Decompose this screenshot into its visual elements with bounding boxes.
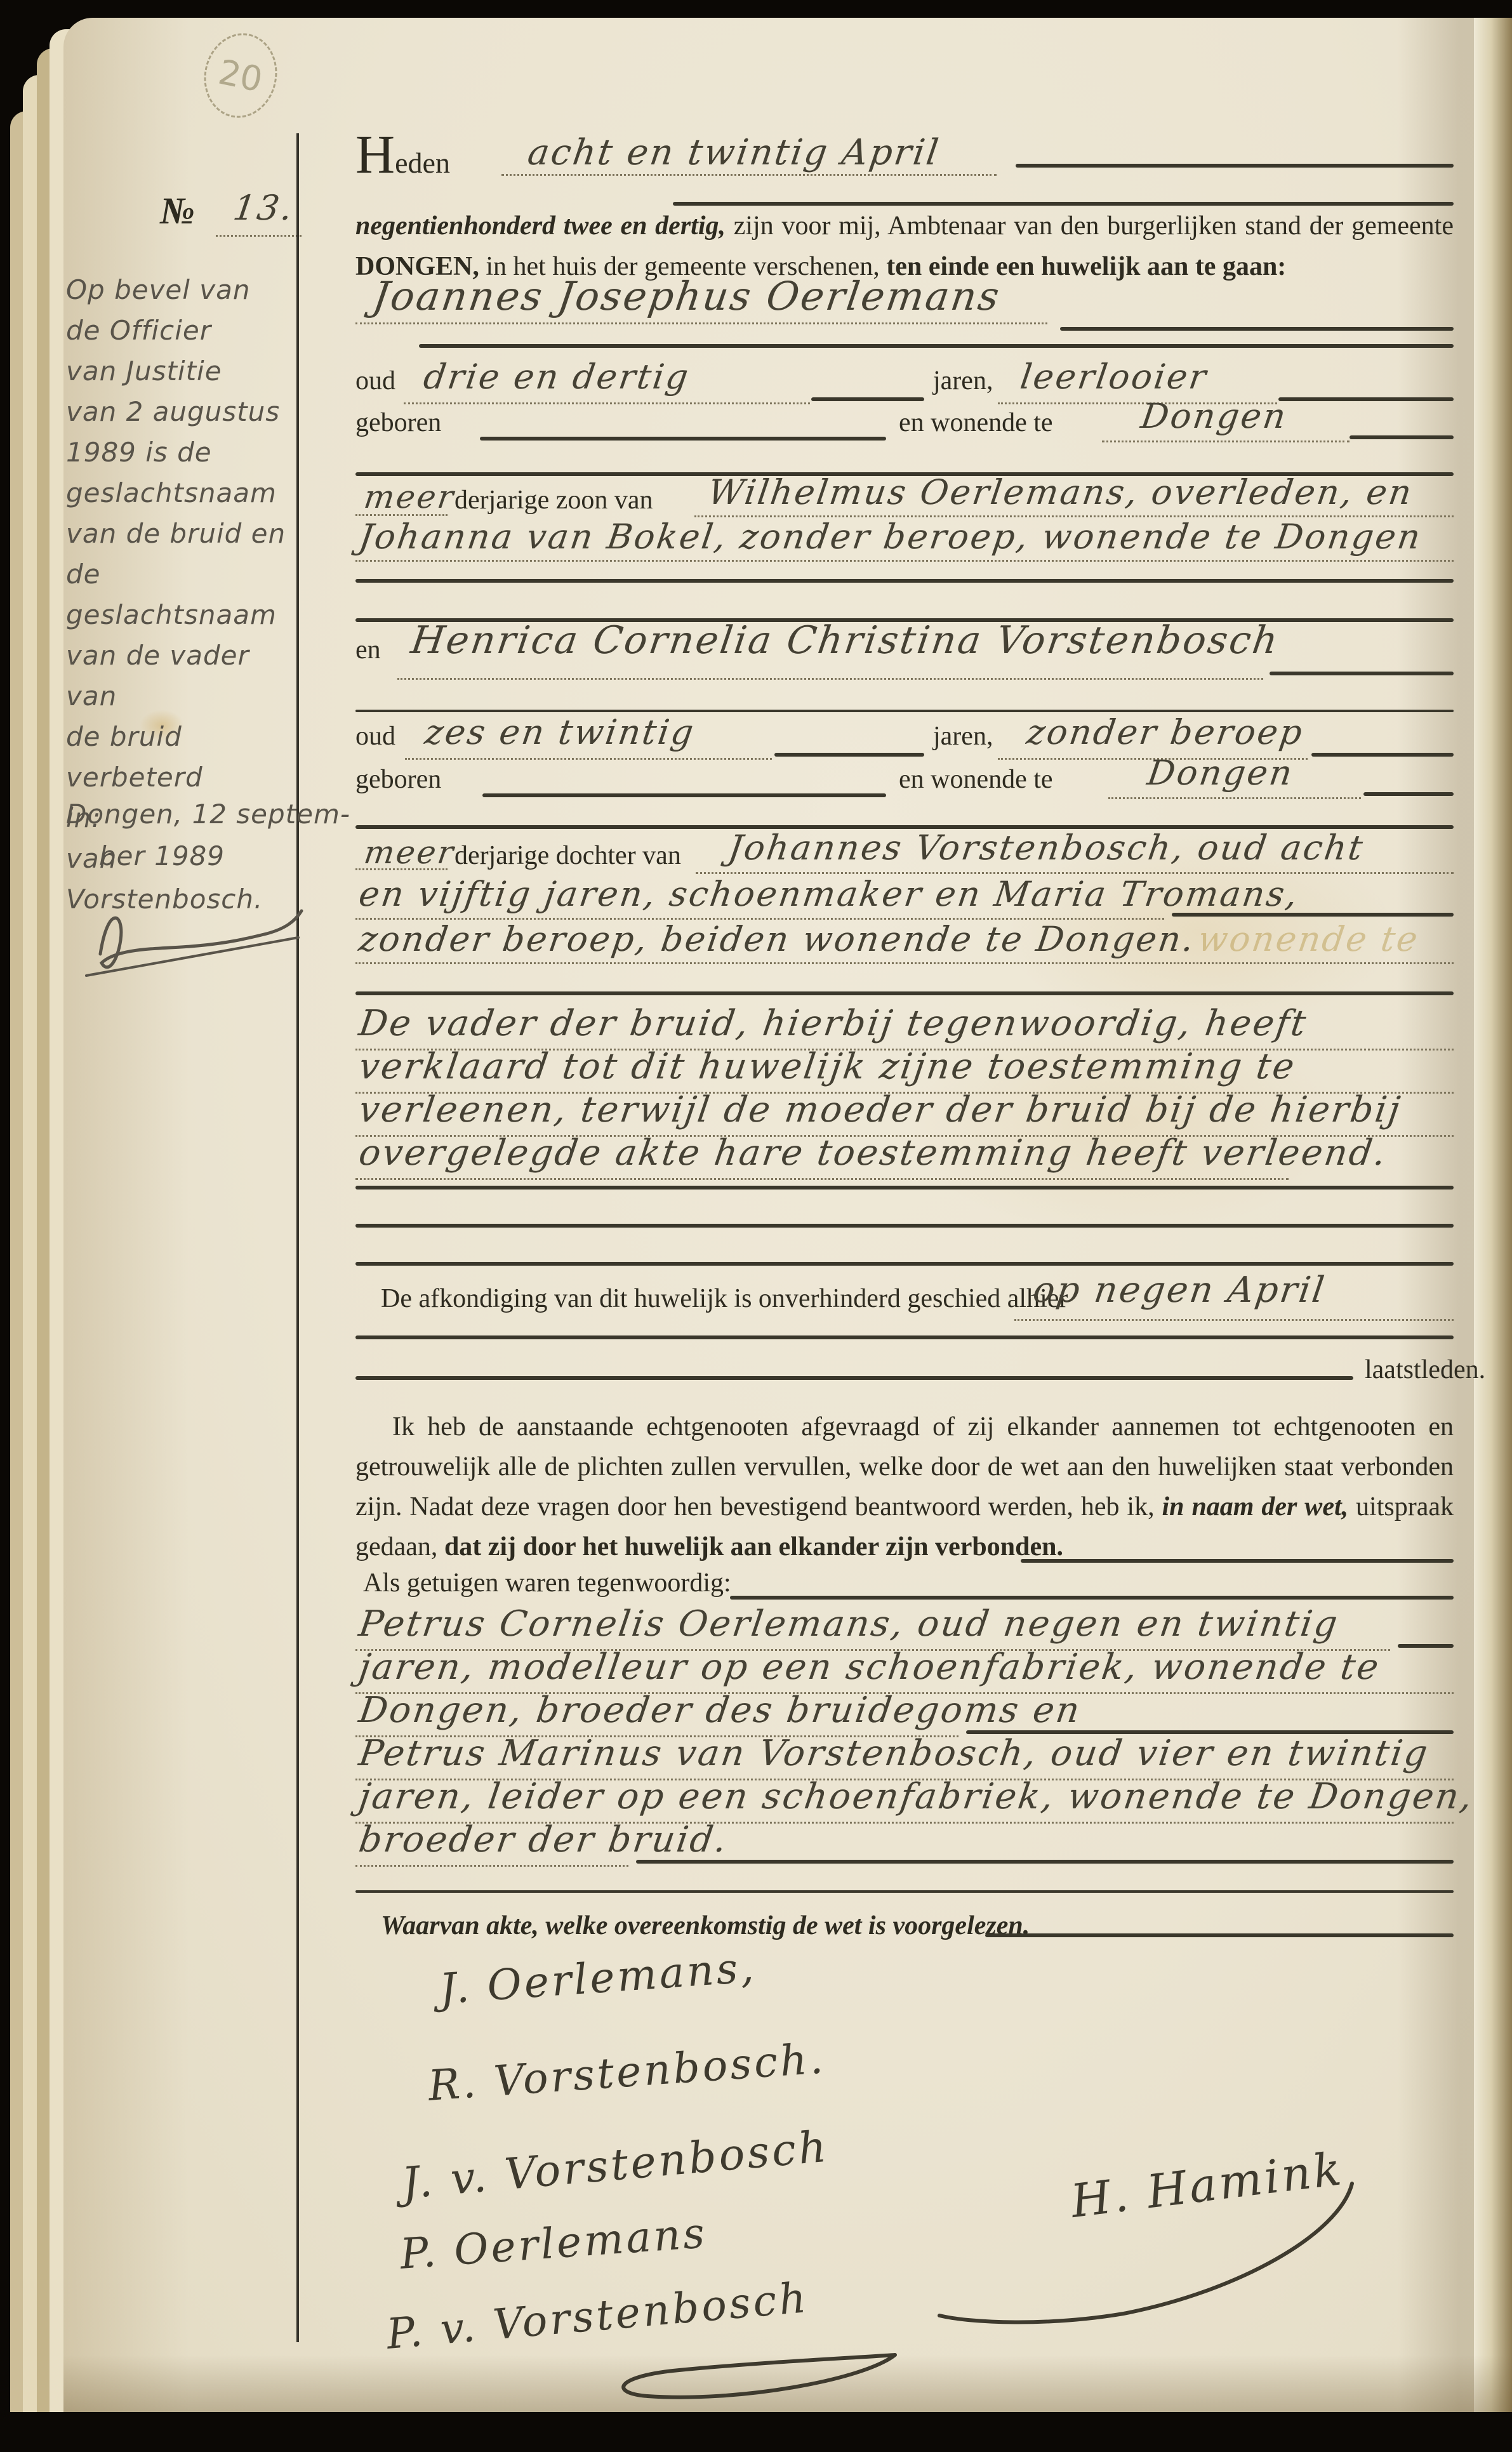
margin-note-line: van de vader van <box>66 635 307 717</box>
margin-note-line: van de bruid en <box>66 514 307 554</box>
bride-father-entry: Johannes Vorstenbosch, oud acht <box>729 828 1364 868</box>
fill-line <box>355 962 1454 964</box>
witness-line-2: jaren, modelleur op een schoenfabriek, w… <box>359 1647 1380 1688</box>
blank-rule <box>355 1335 1454 1339</box>
jaren-label: jaren, <box>933 721 993 752</box>
blank-rule <box>355 1224 1454 1228</box>
fill-line <box>482 793 886 797</box>
fill-line <box>355 868 448 870</box>
fill-line <box>1172 913 1454 917</box>
fill-line <box>355 560 1454 562</box>
announcement-label: De afkondiging van dit huwelijk is onver… <box>381 1283 1068 1314</box>
scan-border-bottom <box>0 2412 1512 2452</box>
fill-line <box>985 1933 1454 1937</box>
bride-age-entry: zes en twintig <box>425 712 695 752</box>
margin-note-line: van Justitie <box>66 351 307 392</box>
groom-residence-entry: Dongen <box>1141 396 1287 436</box>
groom-mother-entry: Johanna van Bokel, zonder beroep, wonend… <box>359 517 1422 557</box>
fill-line <box>1016 164 1454 168</box>
heden-initial: H <box>355 124 395 185</box>
witnesses-intro-label: Als getuigen waren tegenwoordig: <box>363 1568 731 1598</box>
page-curve-shadow <box>1398 18 1474 2412</box>
margin-note-line: van 2 augustus <box>66 392 307 432</box>
oud-label: oud <box>355 366 395 396</box>
fill-line <box>1270 672 1454 675</box>
fill-line <box>1311 753 1454 757</box>
consent-line-1: De vader der bruid, hierbij tegenwoordig… <box>359 1003 1307 1044</box>
bride-parents-entry-3: zonder beroep, beiden wonende te Dongen. <box>359 919 1195 959</box>
bride-name-fill-line <box>397 678 1263 680</box>
margin-note-line: 1989 is de <box>66 432 307 473</box>
fill-line <box>480 437 886 441</box>
ink-offset-ghost: wonende te <box>1198 919 1419 959</box>
margin-note-line: Op bevel van <box>66 270 307 310</box>
geboren-label: geboren <box>355 408 441 438</box>
act-number-value: 13. <box>234 188 294 228</box>
fill-line <box>1350 435 1454 439</box>
fill-line <box>811 397 924 401</box>
consent-line-4: overgelegde akte hare toestemming heeft … <box>359 1132 1387 1174</box>
fill-line <box>419 344 1454 348</box>
witness-line-1: Petrus Cornelis Oerlemans, oud negen en … <box>359 1603 1339 1645</box>
groom-father-entry: Wilhelmus Oerlemans, overleden, en <box>708 472 1413 512</box>
witness-line-5: jaren, leider op een schoenfabriek, wone… <box>359 1776 1473 1817</box>
fill-line <box>774 753 924 757</box>
witness-line-6: broeder der bruid. <box>359 1819 728 1860</box>
announcement-date-entry: op negen April <box>1033 1269 1325 1311</box>
bride-residence-entry: Dongen <box>1148 753 1294 793</box>
vows-line-3: zijn. Nadat deze vragen door hen bevesti… <box>355 1492 1454 1522</box>
margin-note-line: de Officier <box>66 310 307 351</box>
dochter-van-label: derjarige dochter van <box>454 840 681 871</box>
bride-name-entry: Henrica Cornelia Christina Vorstenbosch <box>411 618 1279 663</box>
section-rule <box>355 991 1454 995</box>
margin-date-line-1: Dongen, 12 septem- <box>66 799 350 830</box>
wonende-label: en wonende te <box>899 408 1053 438</box>
fill-line <box>1060 327 1454 331</box>
margin-note-line: geslachtsnaam <box>66 473 307 514</box>
fill-line <box>1363 792 1454 796</box>
act-number: № <box>160 189 195 233</box>
margin-signature-squiggle <box>83 879 311 987</box>
fill-line <box>636 1860 1454 1864</box>
consent-line-3: verleenen, terwijl de moeder der bruid b… <box>359 1089 1402 1130</box>
marriage-date-entry: acht en twintig April <box>528 132 939 173</box>
fill-line <box>1278 397 1454 401</box>
groom-occupation-entry: leerlooier <box>1021 357 1207 397</box>
scanned-marriage-record: 20 № 13. Op bevel van de Officier van Ju… <box>0 0 1512 2452</box>
fill-line <box>355 1178 1289 1180</box>
fill-line <box>355 514 448 516</box>
fill-line <box>404 402 810 404</box>
margin-note-line: de bruid verbeterd <box>66 717 307 798</box>
groom-age-entry: drie en dertig <box>424 357 690 397</box>
blank-rule <box>355 1262 1454 1266</box>
fill-line <box>1102 441 1350 442</box>
consent-line-2: verklaard tot dit huwelijk zijne toestem… <box>359 1046 1296 1087</box>
vows-line-1: Ik heb de aanstaande echtgenooten afgevr… <box>355 1412 1454 1442</box>
meer-entry: meer <box>364 479 455 515</box>
meer-entry: meer <box>364 834 455 871</box>
heden-label: Heden <box>355 127 450 182</box>
pencil-stamp-value: 20 <box>215 51 266 100</box>
en-label: en <box>355 635 381 665</box>
fill-line <box>1021 1559 1454 1563</box>
official-signature-flourish <box>933 2177 1377 2329</box>
bride-parents-entry-2: en vijftig jaren, schoenmaker en Maria T… <box>359 874 1299 914</box>
heden-rest: eden <box>395 147 450 179</box>
groom-name-fill-line <box>355 322 1047 324</box>
page-right-edge <box>1474 18 1512 2412</box>
geboren-label: geboren <box>355 764 441 795</box>
blank-rule <box>355 1186 1454 1190</box>
laatstleden-label: laatstleden. <box>1365 1355 1485 1385</box>
wonende-label: en wonende te <box>899 764 1053 795</box>
signature-flourish <box>597 2342 901 2412</box>
fill-line <box>730 1596 1454 1600</box>
bride-occupation-entry: zonder beroep <box>1027 712 1304 752</box>
blank-rule <box>355 1376 1353 1380</box>
fill-line <box>355 1865 628 1867</box>
witness-line-4: Petrus Marinus van Vorstenbosch, oud vie… <box>359 1733 1429 1774</box>
oud-label: oud <box>355 721 395 752</box>
witness-line-3: Dongen, broeder des bruidegoms en <box>359 1690 1081 1731</box>
date-fill-line <box>501 174 997 176</box>
closing-statement: Waarvan akte, welke overeenkomstig de we… <box>381 1911 1030 1941</box>
vows-line-2: getrouwelijk alle de plichten zullen ver… <box>355 1452 1454 1482</box>
scan-border-top <box>0 0 1512 17</box>
zoon-van-label: derjarige zoon van <box>454 485 653 515</box>
margin-date-line-2: ber 1989 <box>99 840 225 871</box>
section-rule <box>355 579 1454 583</box>
jaren-label: jaren, <box>933 366 993 396</box>
margin-note-line: de geslachtsnaam <box>66 554 307 635</box>
intro-year-line: negentienhonderd twee en dertig, zijn vo… <box>355 211 1454 241</box>
blank-rule <box>355 1890 1454 1893</box>
act-number-label: № <box>160 190 195 232</box>
vows-line-4: gedaan, dat zij door het huwelijk aan el… <box>355 1532 1063 1562</box>
fill-line <box>1398 1644 1454 1648</box>
fill-line <box>1108 797 1361 799</box>
fill-line <box>405 758 772 760</box>
fill-line <box>673 202 1454 206</box>
fill-line <box>1014 1319 1454 1321</box>
groom-name-entry: Joannes Josephus Oerlemans <box>373 273 1000 319</box>
act-number-underline <box>216 235 302 237</box>
